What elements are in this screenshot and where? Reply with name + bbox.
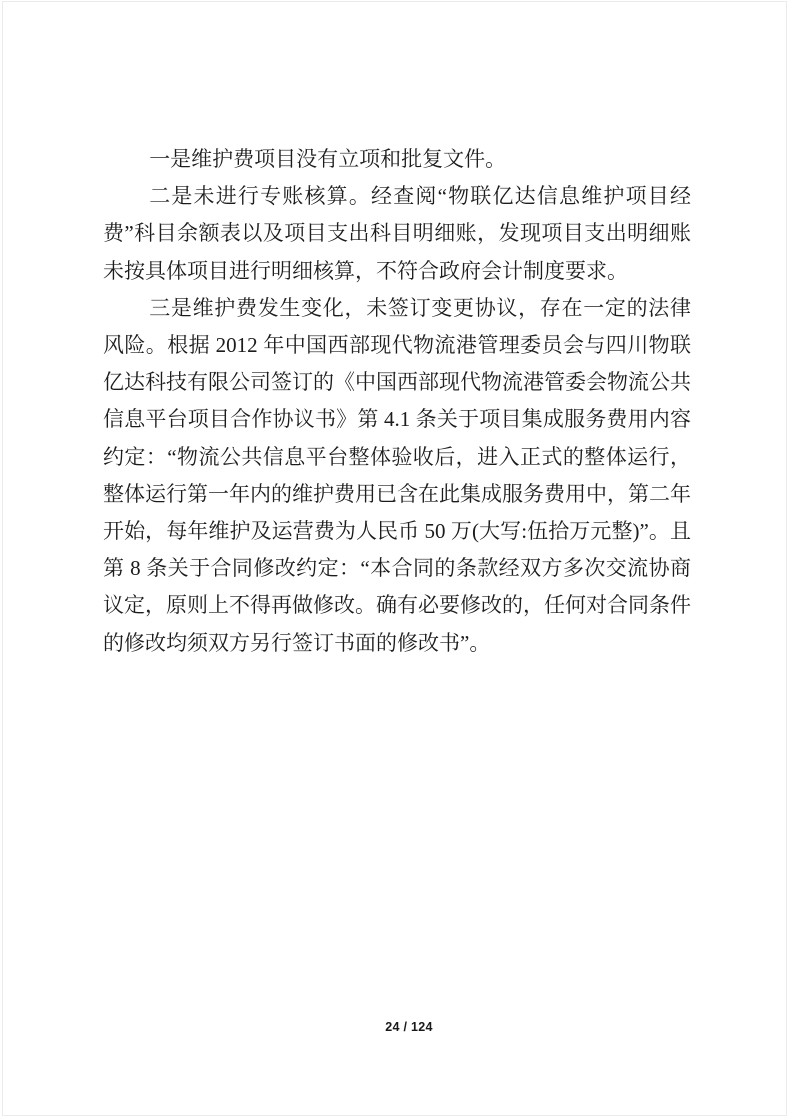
paragraph-1: 一是维护费项目没有立项和批复文件。 xyxy=(103,141,691,178)
document-body: 一是维护费项目没有立项和批复文件。 二是未进行专账核算。经查阅“物联亿达信息维护… xyxy=(103,141,691,662)
paragraph-3: 三是维护费发生变化，未签订变更协议，存在一定的法律风险。根据 2012 年中国西… xyxy=(103,290,691,662)
paragraph-2: 二是未进行专账核算。经查阅“物联亿达信息维护项目经费”科目余额表以及项目支出科目… xyxy=(103,178,691,290)
page-footer: 24 / 124 xyxy=(0,1018,790,1036)
page-number-indicator: 24 / 124 xyxy=(385,1020,433,1034)
